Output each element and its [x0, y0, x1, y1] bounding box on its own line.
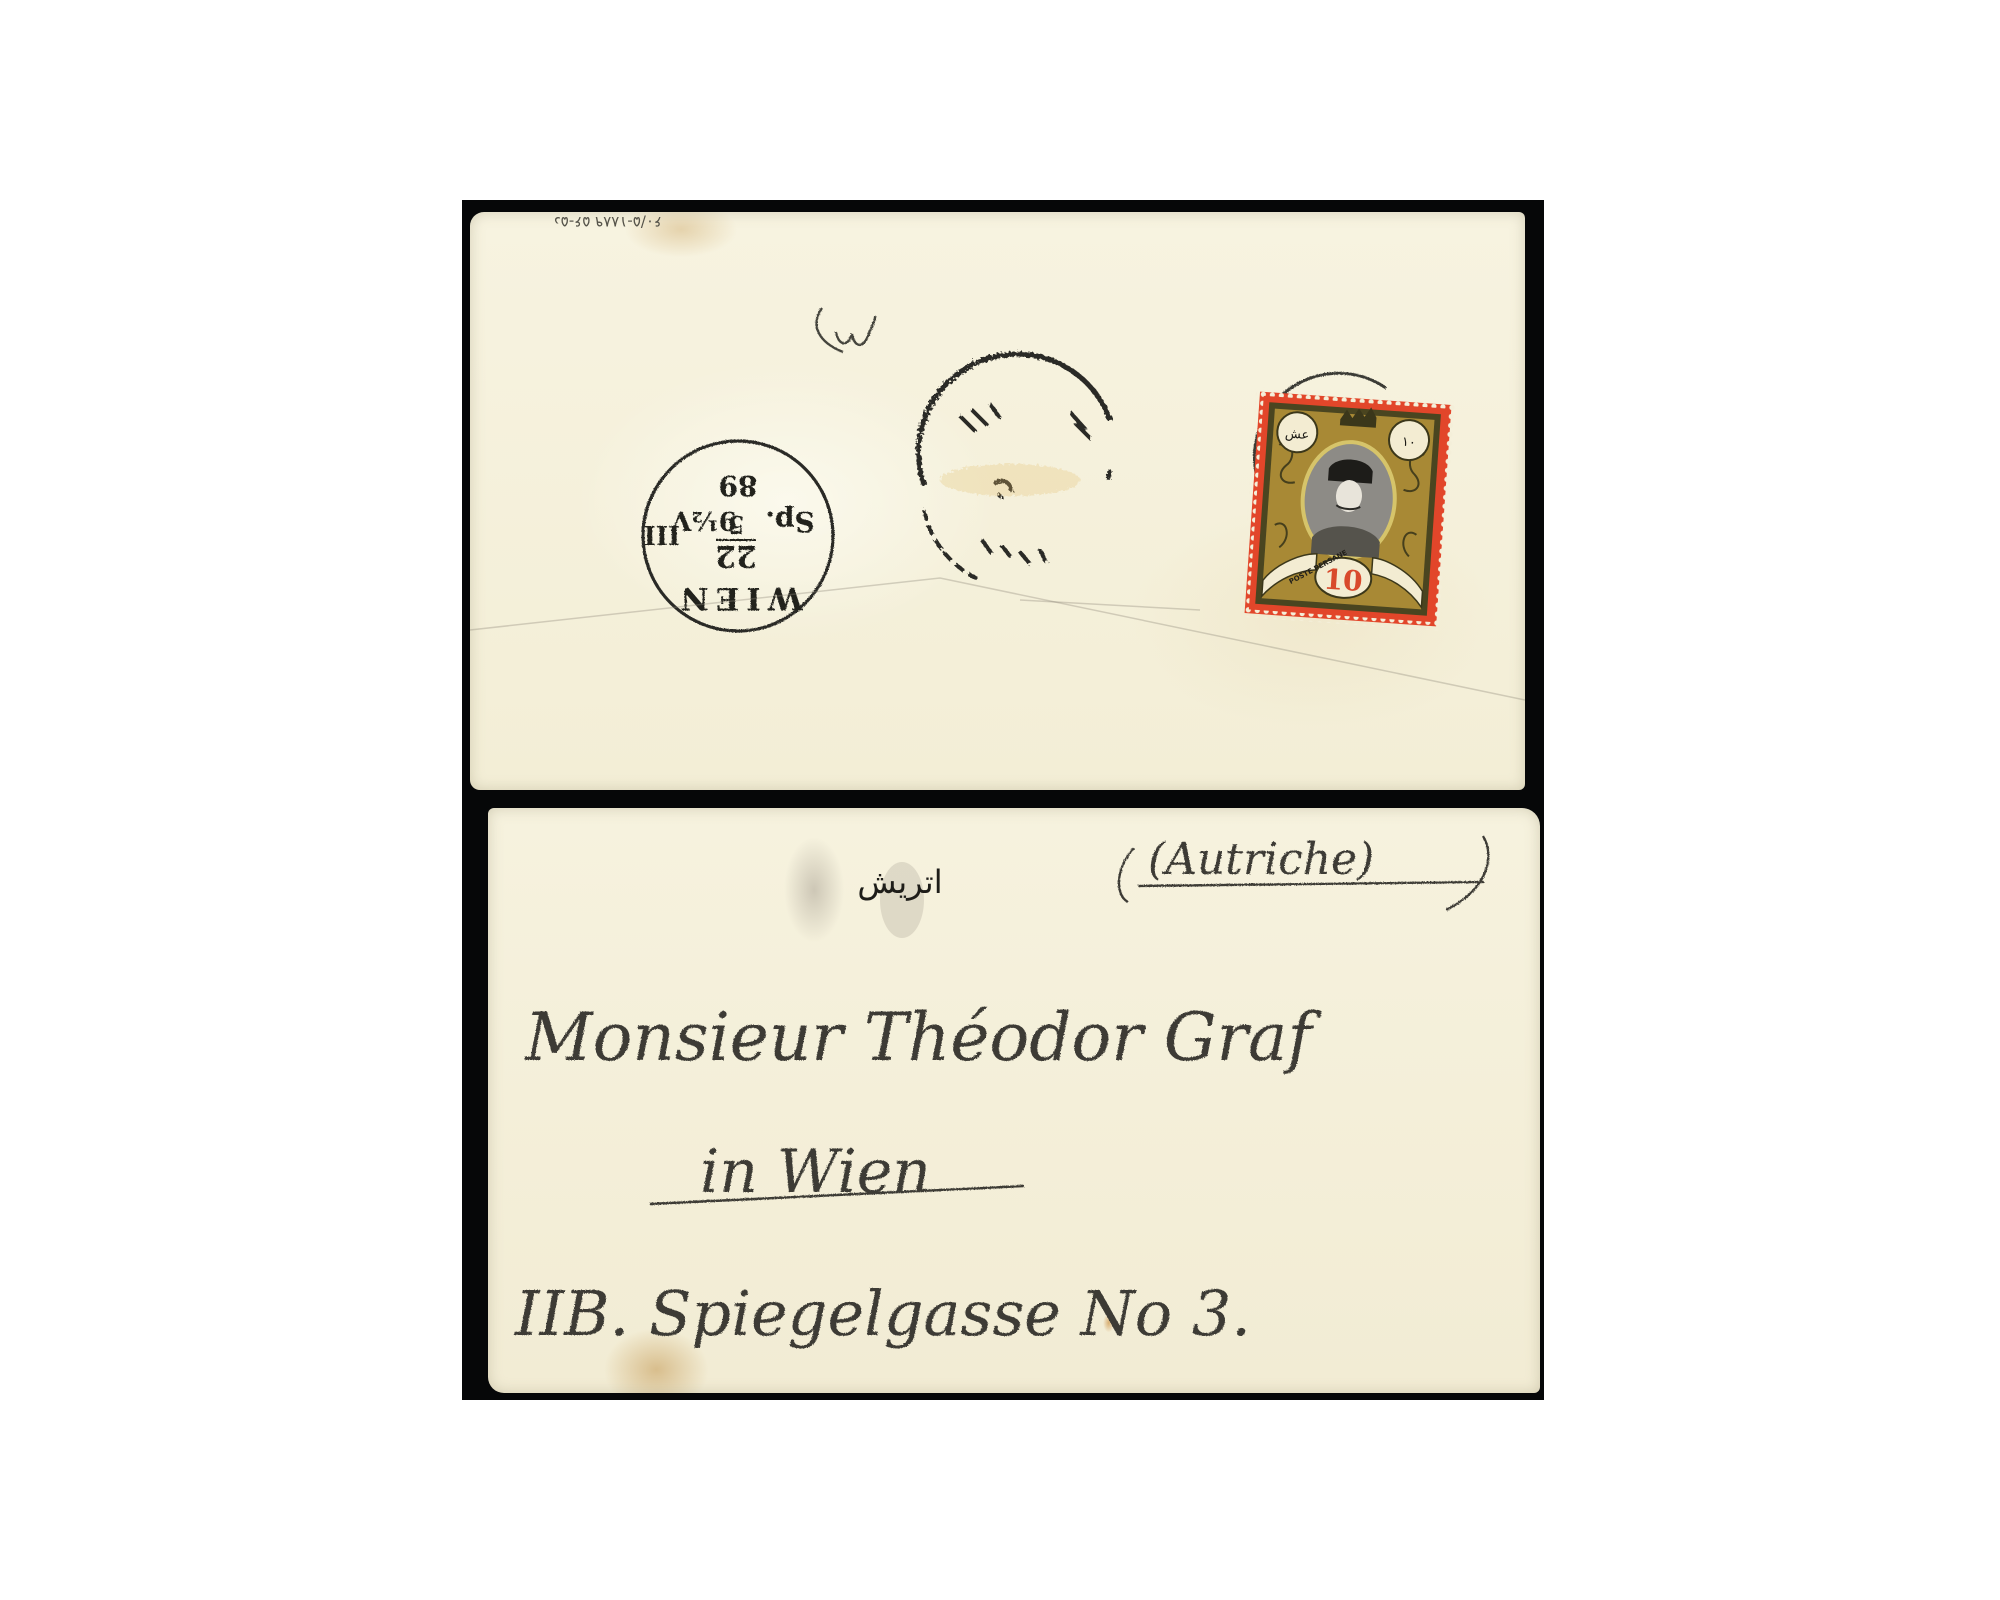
envelope-front — [488, 808, 1540, 1393]
envelope-back — [470, 212, 1525, 790]
